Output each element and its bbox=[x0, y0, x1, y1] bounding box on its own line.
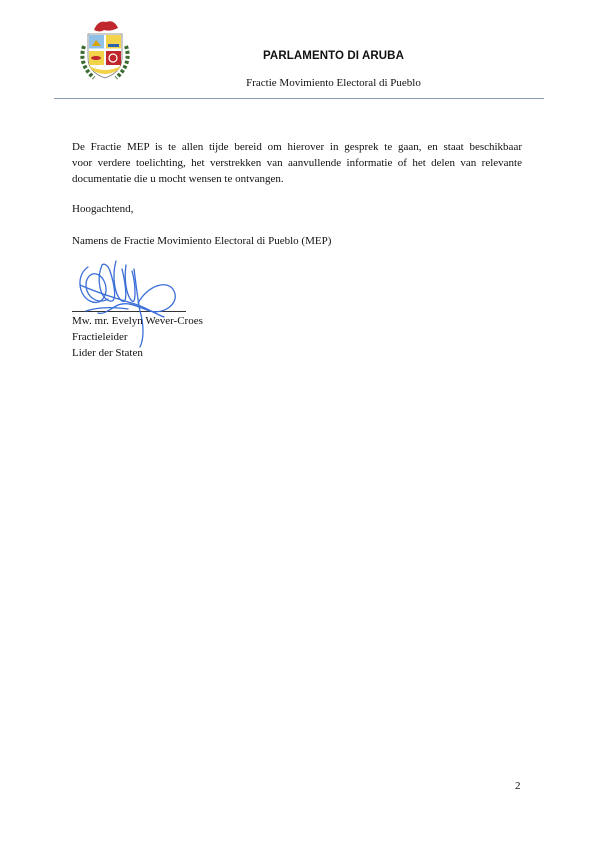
paragraph-line: documentatie die u mocht wensen te ontva… bbox=[72, 171, 522, 187]
organization-title: PARLAMENTO DI ARUBA bbox=[0, 50, 595, 62]
signatory-role: Fractieleider bbox=[72, 329, 203, 345]
faction-subtitle: Fractie Movimiento Electoral di Pueblo bbox=[0, 77, 595, 89]
on-behalf-line: Namens de Fractie Movimiento Electoral d… bbox=[72, 235, 331, 247]
signatory-title: Lider der Staten bbox=[72, 345, 203, 361]
header-divider bbox=[54, 98, 544, 99]
body-paragraph: De Fractie MEP is te allen tijde bereid … bbox=[72, 139, 522, 188]
closing-salutation: Hoogachtend, bbox=[72, 203, 133, 215]
signatory-block: Mw. mr. Evelyn Wever-Croes Fractieleider… bbox=[72, 313, 203, 361]
paragraph-line: voor verdere toelichting, het verstrekke… bbox=[72, 155, 522, 171]
signatory-name: Mw. mr. Evelyn Wever-Croes bbox=[72, 313, 203, 329]
paragraph-line: De Fractie MEP is te allen tijde bereid … bbox=[72, 139, 522, 155]
page-number: 2 bbox=[515, 780, 521, 792]
